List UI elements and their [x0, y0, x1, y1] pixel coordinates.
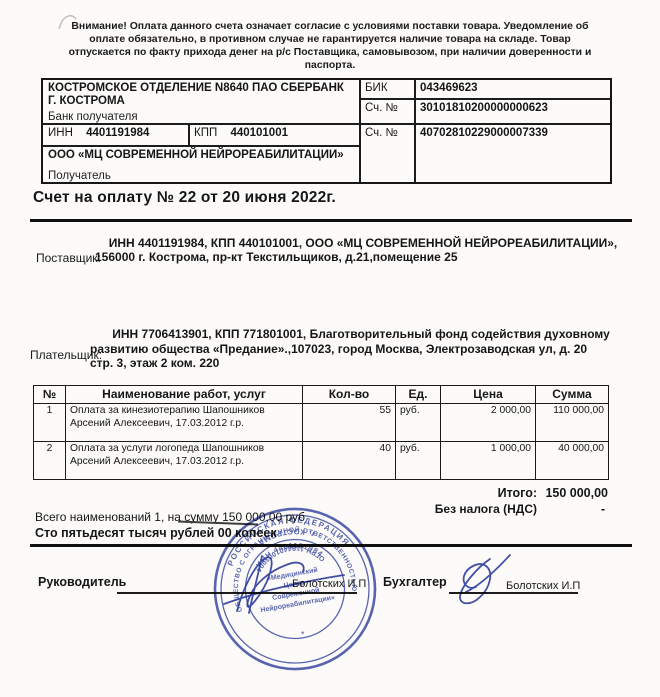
items-header-row: № Наименование работ, услуг Кол-во Ед. Ц…	[34, 386, 609, 404]
item-num: 1	[34, 404, 66, 442]
divider	[414, 80, 416, 182]
col-header-sum: Сумма	[536, 386, 609, 404]
accountant-signature-line	[449, 592, 578, 594]
accountant-signature-ink	[460, 555, 510, 603]
payer-line1: ИНН 7706413901, КПП 771801001, Благотвор…	[90, 327, 632, 342]
director-signature-line	[117, 592, 357, 594]
amount-in-words: Сто пятьдесят тысяч рублей 00 копеек	[35, 526, 277, 540]
horizontal-rule	[30, 544, 632, 547]
kpp-value: 440101001	[230, 127, 288, 139]
divider	[188, 123, 190, 145]
payer-line2: развитию общества «Предание».,107023, го…	[90, 342, 632, 357]
payment-warning-text: Внимание! Оплата данного счета означает …	[62, 20, 598, 72]
col-header-name: Наименование работ, услуг	[66, 386, 303, 404]
corr-account-value: 30101810200000000623	[420, 102, 548, 115]
item-num: 2	[34, 442, 66, 480]
stamp-inn-text: ИНН 4401191984	[251, 535, 326, 570]
item-sum: 110 000,00	[536, 404, 609, 442]
supplier-line1: ИНН 4401191984, КПП 440101001, ООО «МЦ С…	[95, 236, 631, 251]
accountant-label: Бухгалтер	[383, 575, 447, 589]
horizontal-rule	[30, 219, 632, 222]
col-header-unit: Ед.	[396, 386, 441, 404]
bik-value: 043469623	[420, 82, 478, 95]
kpp-label: КПП	[194, 127, 217, 139]
item-name: Оплата за услуги логопеда Шапошников Арс…	[66, 442, 303, 480]
col-header-num: №	[34, 386, 66, 404]
account-label: Сч. №	[365, 127, 398, 140]
stamp-star: *	[300, 629, 306, 640]
item-sum: 40 000,00	[536, 442, 609, 480]
item-qty: 55	[303, 404, 396, 442]
bank-details-table: КОСТРОМСКОЕ ОТДЕЛЕНИЕ N8640 ПАО СБЕРБАНК…	[41, 78, 612, 184]
corr-account-label: Сч. №	[365, 102, 398, 115]
item-qty: 40	[303, 442, 396, 480]
item-unit: руб.	[396, 442, 441, 480]
divider	[359, 98, 610, 100]
director-label: Руководитель	[38, 575, 126, 589]
divider	[359, 80, 361, 182]
invoice-document: Внимание! Оплата данного счета означает …	[0, 0, 660, 697]
director-name: Болотских И.П	[292, 578, 366, 590]
divider	[43, 145, 360, 147]
accountant-name: Болотских И.П	[506, 580, 580, 592]
invoice-title: Счет на оплату № 22 от 20 июня 2022г.	[33, 189, 336, 207]
item-unit: руб.	[396, 404, 441, 442]
stamp-center-line: Нейрореабилитации»	[260, 593, 336, 614]
inn-label: ИНН	[48, 127, 73, 139]
col-header-qty: Кол-во	[303, 386, 396, 404]
account-value: 40702810229000007339	[420, 127, 548, 140]
bik-label: БИК	[365, 82, 388, 95]
table-row: 1 Оплата за кинезиотерапию Шапошников Ар…	[34, 404, 609, 442]
inn-value: 4401191984	[86, 127, 149, 139]
items-table: № Наименование работ, услуг Кол-во Ед. Ц…	[33, 385, 609, 480]
supplier-line2: 156000 г. Кострома, пр-кт Текстильщиков,…	[95, 250, 631, 265]
items-count-line: Всего наименований 1, на сумму 150 000,0…	[35, 510, 305, 524]
bank-name: КОСТРОМСКОЕ ОТДЕЛЕНИЕ N8640 ПАО СБЕРБАНК…	[48, 82, 344, 107]
bank-name-label: Банк получателя	[48, 111, 138, 124]
receiver-label: Получатель	[48, 170, 111, 183]
item-price: 2 000,00	[441, 404, 536, 442]
vat-value: -	[480, 502, 605, 516]
total-value: 150 000,00	[480, 486, 608, 500]
receiver-name: ООО «МЦ СОВРЕМЕННОЙ НЕЙРОРЕАБИЛИТАЦИИ»	[48, 149, 354, 162]
table-row: 2 Оплата за услуги логопеда Шапошников А…	[34, 442, 609, 480]
item-name: Оплата за кинезиотерапию Шапошников Арсе…	[66, 404, 303, 442]
col-header-price: Цена	[441, 386, 536, 404]
payer-line3: стр. 3, этаж 2 ком. 220	[90, 356, 632, 371]
supplier-label: Поставщик:	[36, 251, 101, 265]
item-price: 1 000,00	[441, 442, 536, 480]
